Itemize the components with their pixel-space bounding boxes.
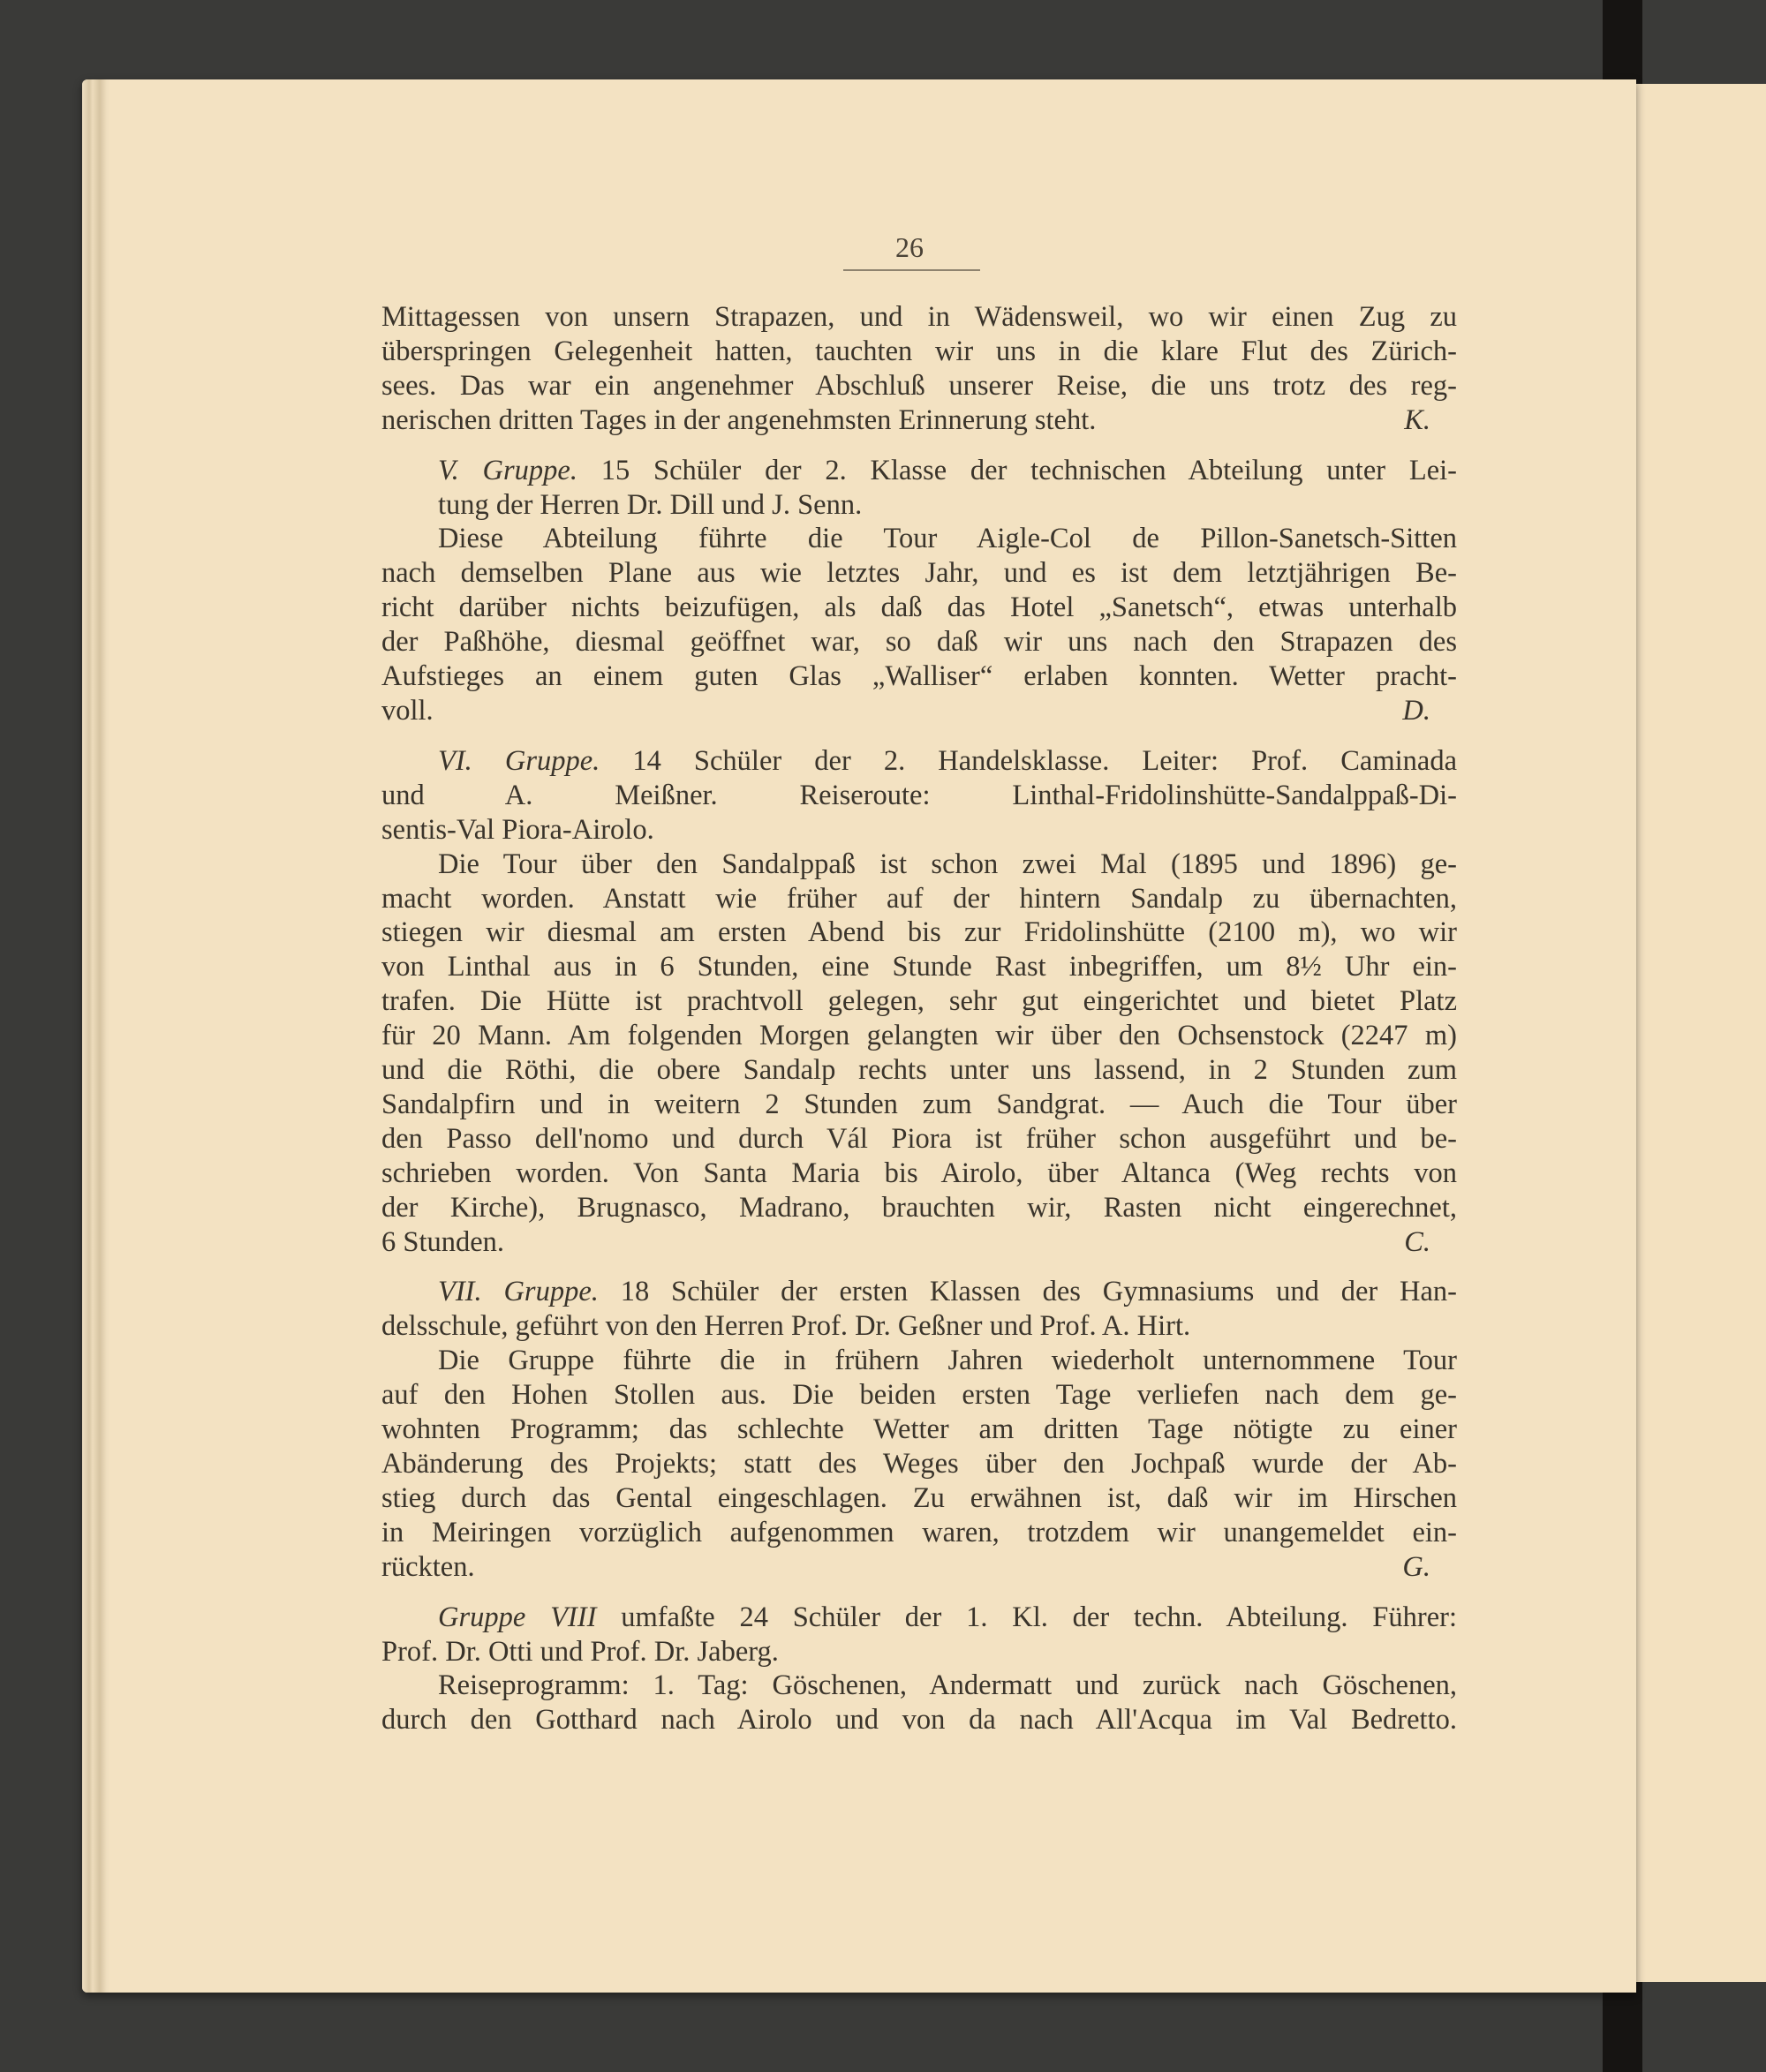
text-line: Diese Abteilung führte die Tour Aigle-Co…: [381, 522, 1457, 556]
text-line: sentis-Val Piora-Airolo.: [381, 813, 1457, 848]
text-line: von Linthal aus in 6 Stunden, eine Stund…: [381, 950, 1457, 984]
author-signature: K.: [1404, 403, 1430, 438]
text-line: und die Röthi, die obere Sandalp rechts …: [381, 1053, 1457, 1088]
group-heading-paragraph: V. Gruppe. 15 Schüler der 2. Klasse der …: [381, 454, 1457, 523]
text-span: 15 Schüler der 2. Klasse der technischen…: [577, 455, 1457, 486]
text-line: überspringen Gelegenheit hatten, tauchte…: [381, 335, 1457, 369]
group-label: VI. Gruppe.: [438, 745, 600, 777]
body-text: Mittagessen von unsern Strapazen, und in…: [381, 300, 1457, 1737]
paragraph-continuation: Mittagessen von unsern Strapazen, und in…: [381, 300, 1457, 438]
text-line-with-signature: 6 Stunden.C.: [381, 1225, 1457, 1260]
text-line-with-signature: rückten.G.: [381, 1550, 1457, 1585]
author-signature: D.: [1402, 694, 1430, 728]
text-line: V. Gruppe. 15 Schüler der 2. Klasse der …: [381, 454, 1457, 488]
text-line: macht worden. Anstatt wie früher auf der…: [381, 882, 1457, 916]
text-line: wohnten Programm; das schlechte Wetter a…: [381, 1413, 1457, 1447]
text-line: Die Tour über den Sandalppaß ist schon z…: [381, 848, 1457, 882]
group-heading-paragraph: VII. Gruppe. 18 Schüler der ersten Klass…: [381, 1275, 1457, 1344]
group-heading-paragraph: Gruppe VIII umfaßte 24 Schüler der 1. Kl…: [381, 1601, 1457, 1669]
text-line: VII. Gruppe. 18 Schüler der ersten Klass…: [381, 1275, 1457, 1309]
facing-page-edge: [1634, 84, 1766, 1982]
page-stack-edge: [82, 79, 109, 1993]
author-signature: G.: [1402, 1550, 1430, 1585]
group-label: VII. Gruppe.: [438, 1276, 599, 1307]
paragraph: Diese Abteilung führte die Tour Aigle-Co…: [381, 522, 1457, 727]
text-line: den Passo dell'nomo und durch Vál Piora …: [381, 1122, 1457, 1157]
group-label: V. Gruppe.: [438, 455, 577, 486]
text-line: sees. Das war ein angenehmer Abschluß un…: [381, 369, 1457, 403]
text-line: der Paßhöhe, diesmal geöffnet war, so da…: [381, 625, 1457, 659]
author-signature: C.: [1404, 1225, 1430, 1260]
text-line: Sandalpfirn und in weitern 2 Stunden zum…: [381, 1088, 1457, 1122]
header-rule: [843, 269, 980, 271]
text-line: stiegen wir diesmal am ersten Abend bis …: [381, 915, 1457, 950]
text-line: Abänderung des Projekts; statt des Weges…: [381, 1447, 1457, 1481]
text-line: auf den Hohen Stollen aus. Die beiden er…: [381, 1378, 1457, 1413]
text-span: umfaßte 24 Schüler der 1. Kl. der techn.…: [596, 1601, 1457, 1633]
group-label: Gruppe VIII: [438, 1601, 596, 1633]
text-line: delsschule, geführt von den Herren Prof.…: [381, 1309, 1457, 1344]
text-span: 18 Schüler der ersten Klassen des Gymnas…: [599, 1276, 1457, 1307]
text-line: durch den Gotthard nach Airolo und von d…: [381, 1703, 1457, 1737]
paragraph: Die Tour über den Sandalppaß ist schon z…: [381, 848, 1457, 1260]
text-line: Die Gruppe führte die in frühern Jahren …: [381, 1344, 1457, 1378]
text-line: Prof. Dr. Otti und Prof. Dr. Jaberg.: [381, 1635, 1457, 1669]
text-line: für 20 Mann. Am folgenden Morgen gelangt…: [381, 1019, 1457, 1053]
text-span: 14 Schüler der 2. Handelsklasse. Leiter:…: [600, 745, 1457, 777]
text-line: schrieben worden. Von Santa Maria bis Ai…: [381, 1157, 1457, 1191]
text-line: trafen. Die Hütte ist prachtvoll gelegen…: [381, 984, 1457, 1019]
paragraph: Reiseprogramm: 1. Tag: Göschenen, Anderm…: [381, 1669, 1457, 1737]
text-line: VI. Gruppe. 14 Schüler der 2. Handelskla…: [381, 744, 1457, 779]
text-line: stieg durch das Gental eingeschlagen. Zu…: [381, 1481, 1457, 1516]
text-line: nach demselben Plane aus wie letztes Jah…: [381, 556, 1457, 591]
text-line: der Kirche), Brugnasco, Madrano, braucht…: [381, 1191, 1457, 1225]
text-line: und A. Meißner. Reiseroute: Linthal-Frid…: [381, 779, 1457, 813]
text-line: Mittagessen von unsern Strapazen, und in…: [381, 300, 1457, 335]
paragraph: Die Gruppe führte die in frühern Jahren …: [381, 1344, 1457, 1584]
text-line: Aufstieges an einem guten Glas „Walliser…: [381, 659, 1457, 694]
text-line: Reiseprogramm: 1. Tag: Göschenen, Anderm…: [381, 1669, 1457, 1703]
text-line: in Meiringen vorzüglich aufgenommen ware…: [381, 1516, 1457, 1550]
text-line: 6 Stunden.: [381, 1226, 504, 1258]
text-line: Gruppe VIII umfaßte 24 Schüler der 1. Kl…: [381, 1601, 1457, 1635]
text-line: richt darüber nichts beizufügen, als daß…: [381, 591, 1457, 625]
page-number: 26: [874, 231, 945, 264]
text-line: tung der Herren Dr. Dill und J. Senn.: [381, 488, 1457, 523]
text-line-with-signature: voll.D.: [381, 694, 1457, 728]
text-line: voll.: [381, 695, 434, 727]
text-line-with-signature: nerischen dritten Tages in der angenehms…: [381, 403, 1457, 438]
text-line: rückten.: [381, 1551, 475, 1583]
group-heading-paragraph: VI. Gruppe. 14 Schüler der 2. Handelskla…: [381, 744, 1457, 848]
text-line: nerischen dritten Tages in der angenehms…: [381, 404, 1096, 436]
